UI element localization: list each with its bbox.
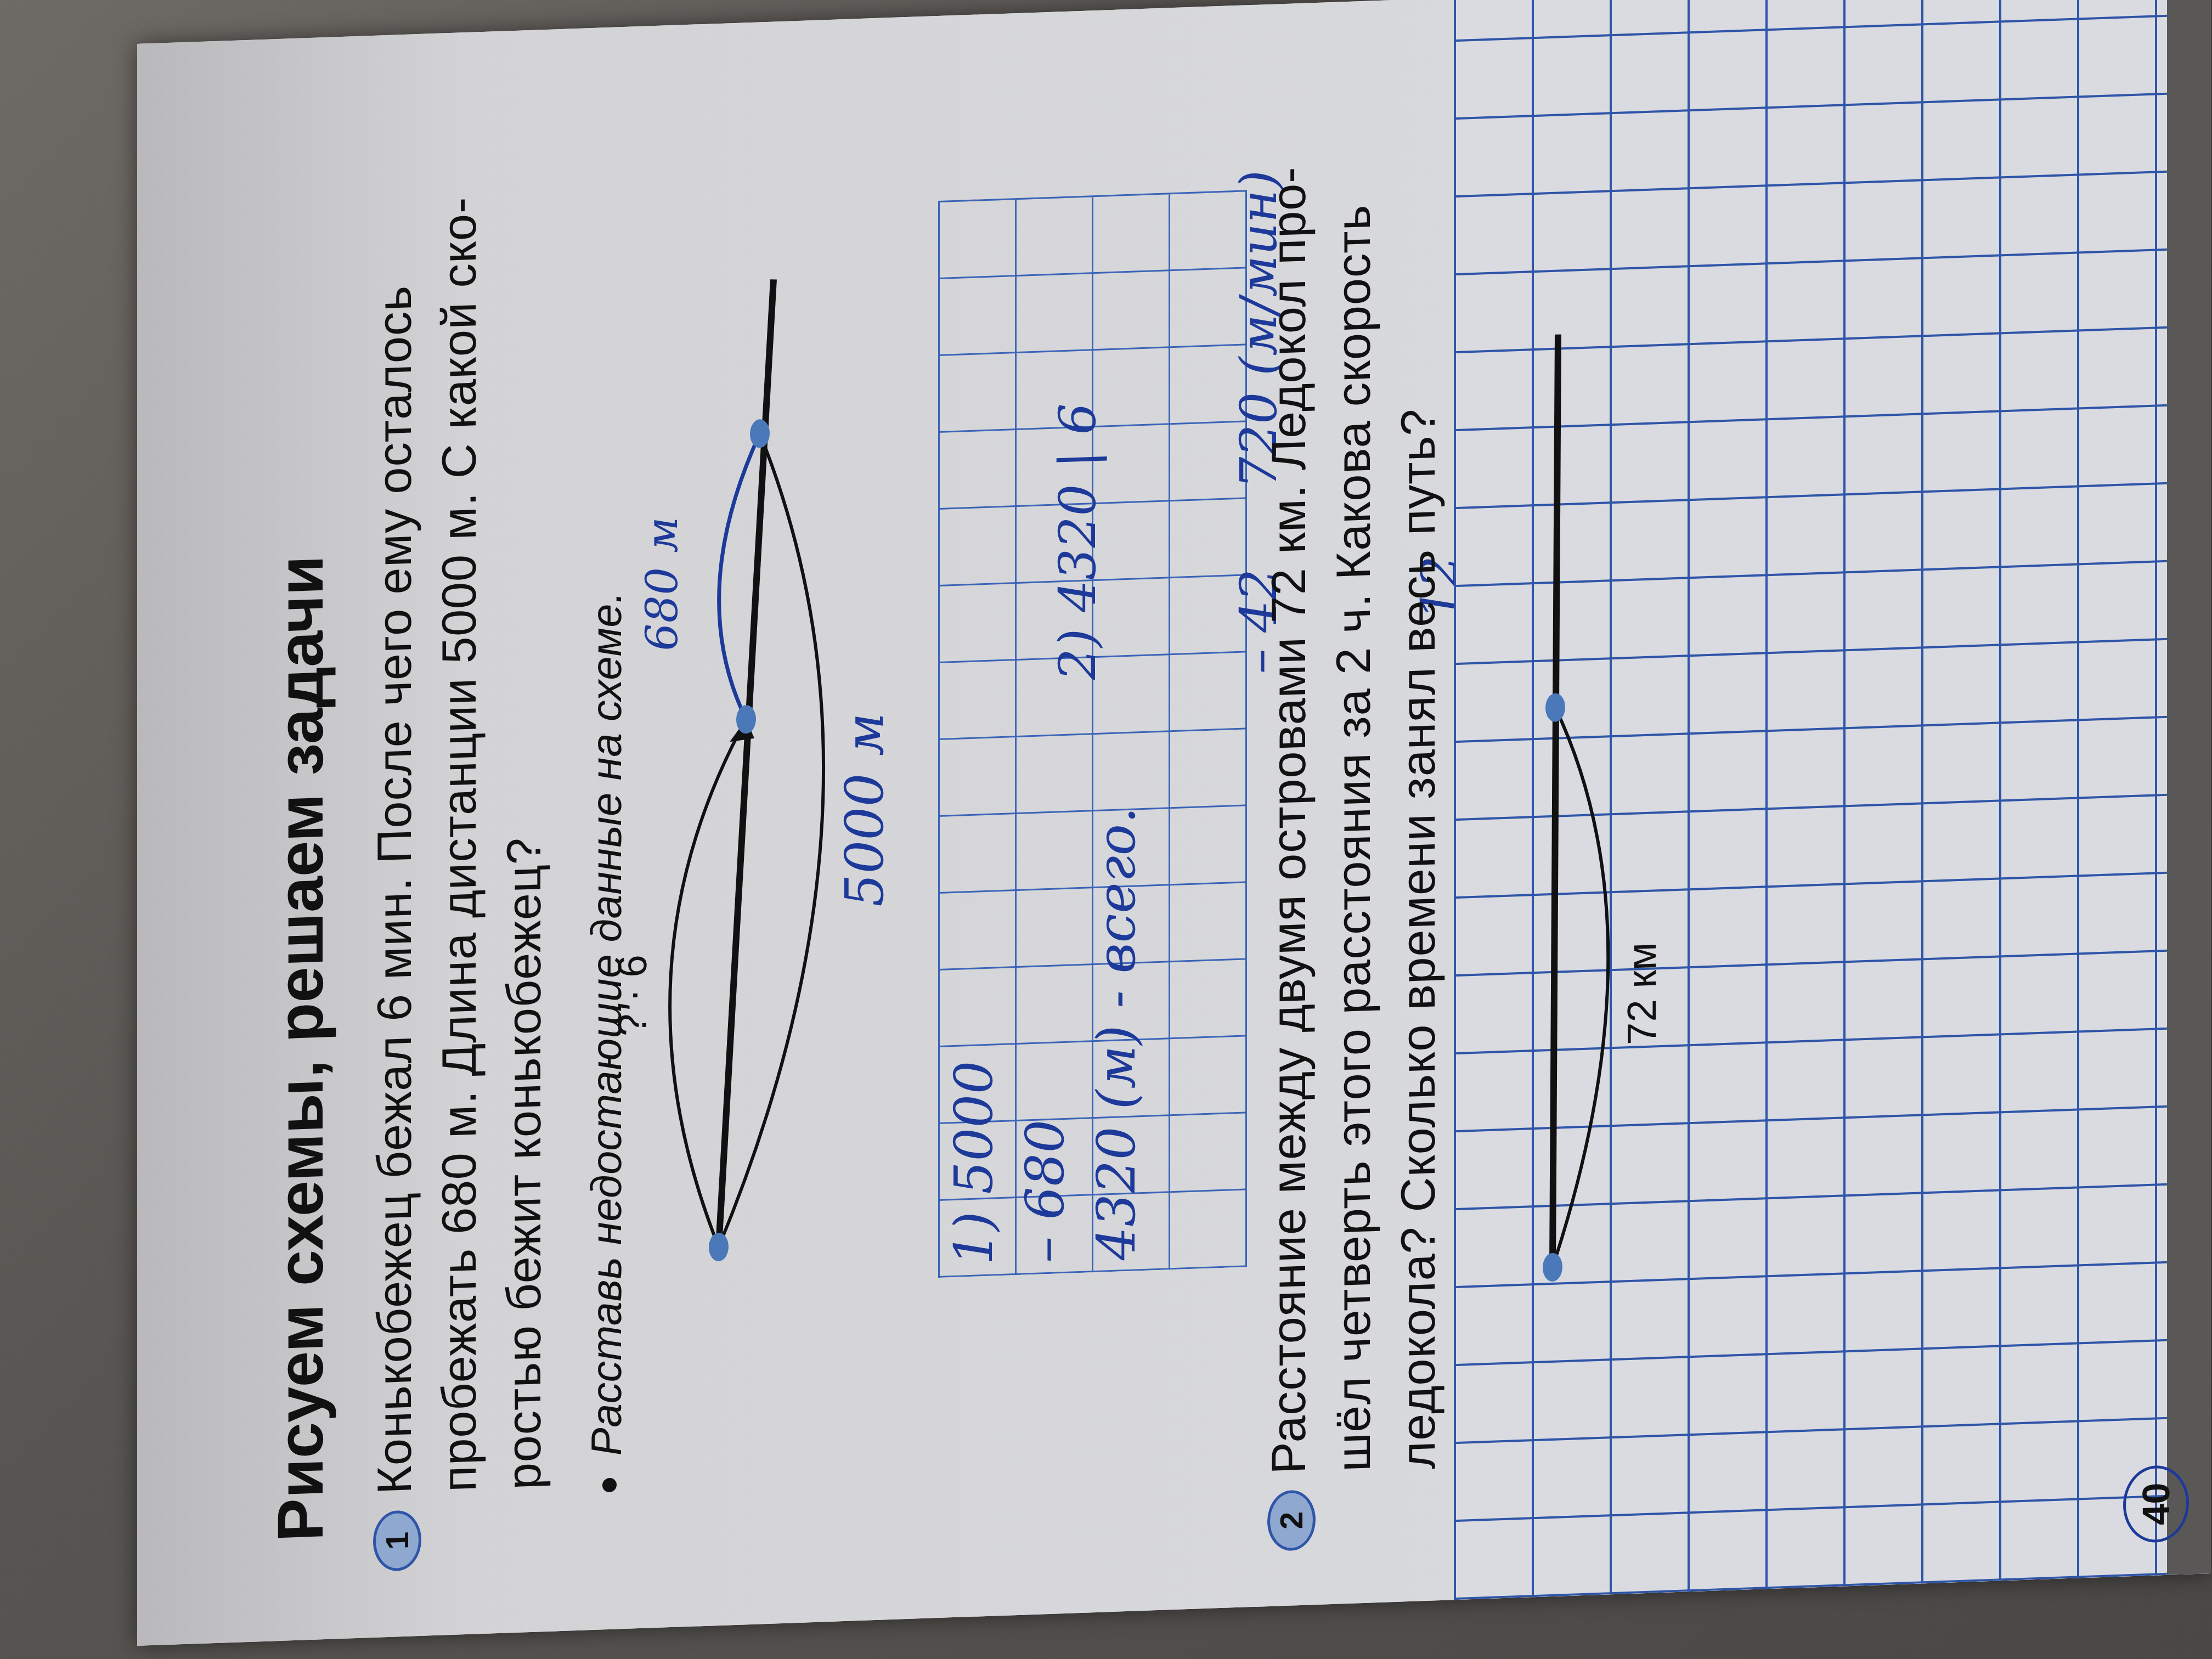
point-island-a <box>1543 1252 1562 1282</box>
point-quarter <box>1545 693 1565 722</box>
island-distance-line <box>1553 335 1558 1267</box>
label-72-km: 72 км <box>1618 942 1665 1046</box>
page-bottom-edge <box>2167 0 2211 1575</box>
workbook-page: Рисуем схемы, решаем задачи 1 Конькобеже… <box>137 0 2211 1646</box>
task2-diagram <box>137 0 1783 1646</box>
arc-quarter <box>1553 706 1608 1267</box>
